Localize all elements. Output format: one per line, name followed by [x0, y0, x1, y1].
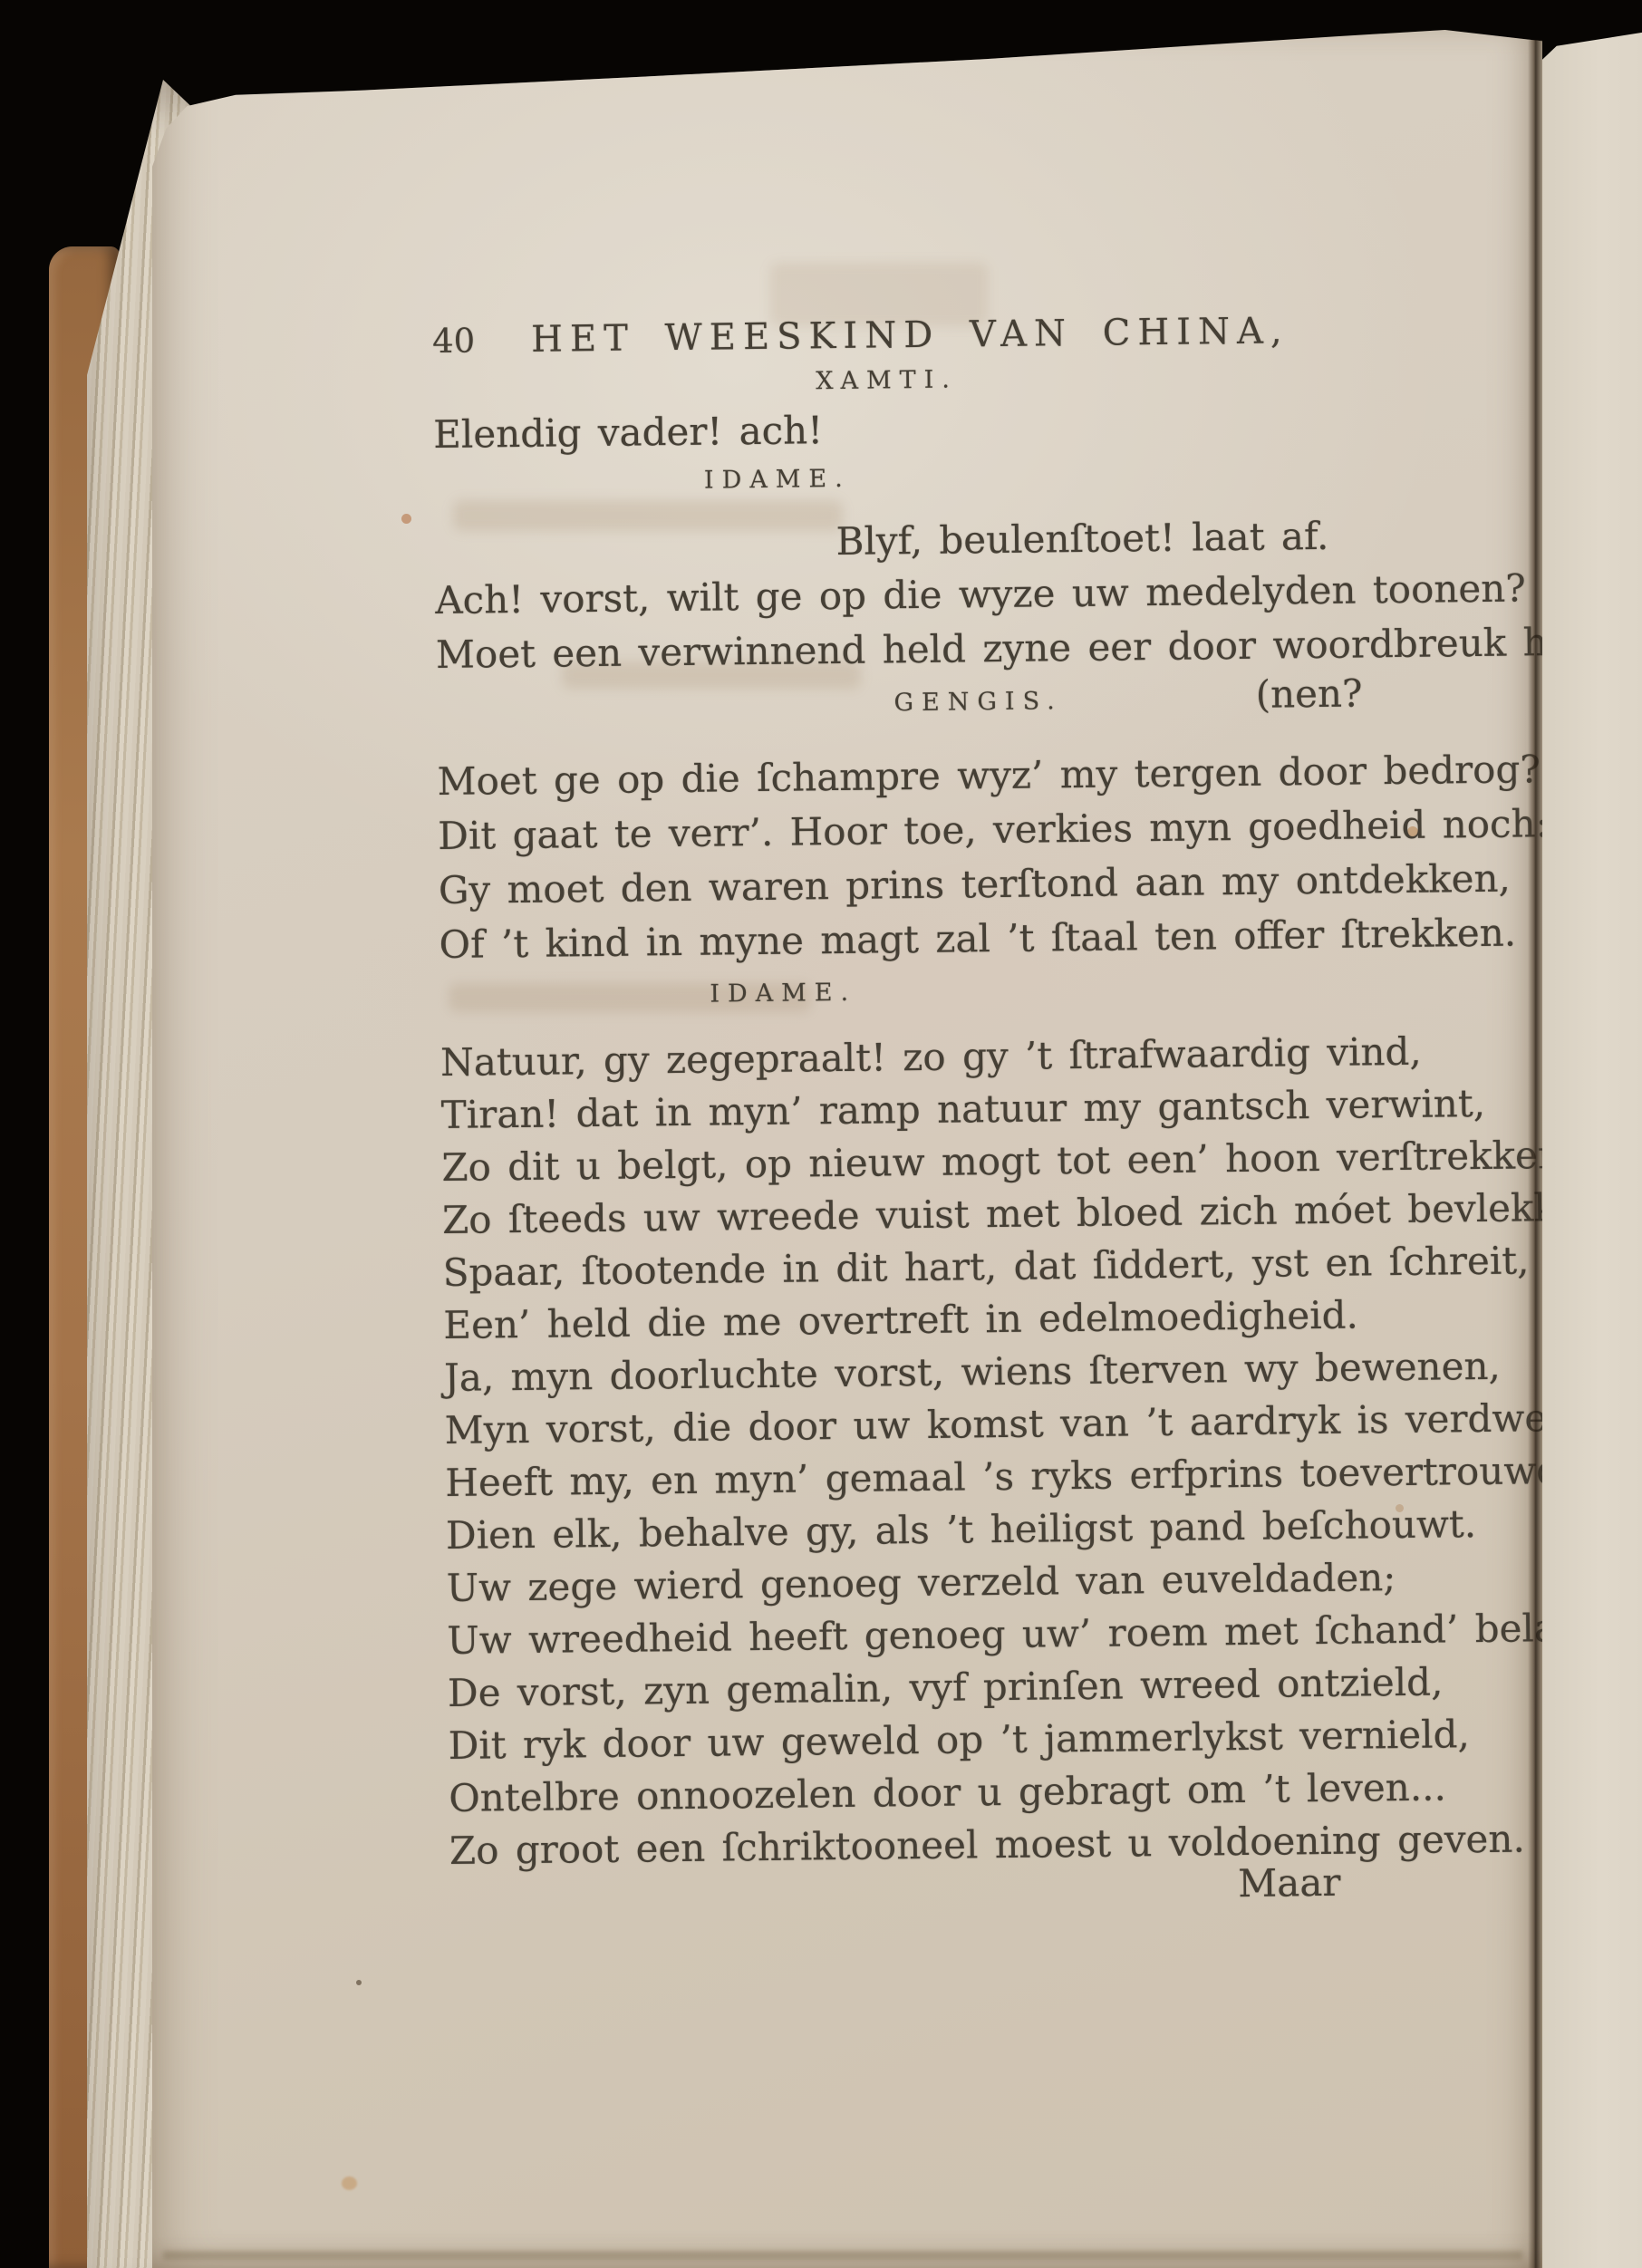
running-title: HET WEESKIND VAN CHINA,: [531, 309, 1289, 361]
verse-line: Myn vorst, die door uw komst van ’t aard…: [444, 1396, 1451, 1453]
verse-line: Tiran! dat in myn’ ramp natuur my gantsc…: [440, 1081, 1447, 1138]
verse-line: Uw zege wierd genoeg verzeld van euvelda…: [446, 1554, 1453, 1611]
verse-line: Elendig vader! ach!: [433, 401, 1440, 458]
page-number: 40: [432, 322, 476, 362]
verse-line: Zo ſteeds uw wreede vuist met bloed zich…: [442, 1186, 1449, 1243]
verse-line: Ach! vorst, wilt ge op die wyze uw medel…: [435, 566, 1442, 623]
book-page: 40 HET WEESKIND VAN CHINA, XAMTI. Elendi…: [152, 25, 1542, 2268]
verse-line: Spaar, ſtootende in dit hart, dat ſidder…: [442, 1239, 1449, 1296]
speaker-heading: IDAME.: [275, 459, 1280, 500]
foxing-spot: [356, 1980, 362, 1985]
verse-line: Dit gaat te verr’. Hoor toe, verkies myn…: [438, 802, 1444, 859]
foxing-spot: [401, 514, 411, 524]
verse-line: Moet ge op die ſchampre wyz’ my tergen d…: [437, 748, 1444, 805]
verse-line: De vorst, zyn gemalin, vyf prinſen wreed…: [448, 1659, 1454, 1716]
verse-line: Dien elk, behalve gy, als ’t heiligst pa…: [446, 1501, 1453, 1559]
foxing-spot: [342, 2176, 357, 2190]
verse-line: Uw wreedheid heeft genoeg uw’ roem met ſ…: [447, 1607, 1454, 1664]
page-bottom-edge: [163, 2251, 1522, 2260]
verse-line: Ontelbre onnoozelen door u gebragt om ’t…: [449, 1764, 1455, 1821]
speaker-heading: XAMTI.: [383, 361, 1389, 401]
verse-line: Natuur, gy zegepraalt! zo gy ’t ſtrafwaa…: [440, 1028, 1447, 1086]
verse-line: Ja, myn doorluchte vorst, wiens ſterven …: [444, 1344, 1451, 1401]
text-block: 40 HET WEESKIND VAN CHINA, XAMTI. Elendi…: [432, 307, 1456, 1940]
verse-line: Blyf, beulenſtoet! laat af.: [434, 512, 1441, 569]
verse-line: Zo dit u belgt, op nieuw mogt tot een’ h…: [441, 1134, 1448, 1191]
verse-line: Dit ryk door uw geweld op ’t jammerlykst…: [448, 1712, 1454, 1769]
verse-line: Moet een verwinnend held zyne eer door w…: [436, 621, 1443, 678]
photo-scene: 40 HET WEESKIND VAN CHINA, XAMTI. Elendi…: [0, 0, 1642, 2268]
verse-line: Of ’t kind in myne magt zal ’t ſtaal ten…: [439, 911, 1445, 968]
verse-line: Gy moet den waren prins terſtond aan my …: [439, 856, 1445, 913]
verse-line: Heeft my, en myn’ gemaal ’s ryks erfprin…: [445, 1449, 1452, 1506]
speaker-heading: IDAME.: [280, 973, 1286, 1014]
gutter-shadow: [1528, 40, 1542, 2268]
page-header: 40 HET WEESKIND VAN CHINA,: [432, 307, 1438, 362]
verse-line: Een’ held die me overtreft in edelmoedig…: [443, 1291, 1450, 1348]
